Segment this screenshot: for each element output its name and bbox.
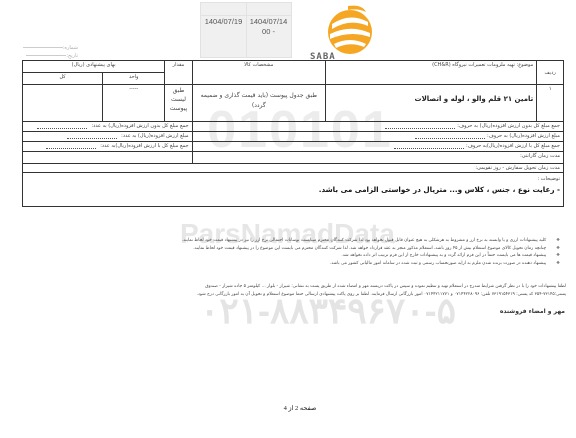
condition-item: پیشنهاد دهنده در صورت برنده شدن ملزم به … <box>20 260 560 268</box>
summary-label: جمع مبلغ کل بدون ارزش افزوده(ریال) به حر… <box>457 123 560 129</box>
summary-row: مبلغ ارزش افزوده(ریال) به حروف: مبلغ ارز… <box>23 132 564 142</box>
warranty-empty-cell <box>23 152 193 164</box>
condition-item: چنانچه زمان تحویل کالای موضوع استعلام بی… <box>20 245 560 253</box>
fill-line <box>37 128 87 129</box>
fill-line <box>415 138 485 139</box>
notes-label: توضیحات : <box>26 176 560 182</box>
summary-words-cell[interactable]: جمع مبلغ کل بدون ارزش افزوده(ریال) به حر… <box>192 122 563 132</box>
row-spec: طبق جدول پیوست (باید قیمت گذاری و ضمیمه … <box>192 85 325 122</box>
warranty-cell[interactable]: مدت زمان گارانتی: <box>192 152 563 164</box>
fill-line <box>46 148 96 149</box>
delivery-row: مدت زمان تحویل سفارش - روز تقویمی: <box>23 164 564 173</box>
table-header-row: ردیف موضوع: تهیه ملزومات تعمیرات نیروگاه… <box>23 61 564 73</box>
condition-item: کلیه پیشنهادات ارزی و یا وابسته به نرخ ا… <box>20 237 560 245</box>
summary-label: جمع مبلغ کل با ارزش افزوده(ریال)به حروف: <box>466 143 560 149</box>
notes-row: توضیحات : - رعایت نوع ، جنس ، کلاس و... … <box>23 173 564 207</box>
summary-number-cell[interactable]: مبلغ ارزش افزوده(ریال) به عدد: <box>23 132 193 142</box>
conditions-list: کلیه پیشنهادات ارزی و یا وابسته به نرخ ا… <box>20 237 560 267</box>
row-qty: طبق لیست پیوست <box>165 85 192 122</box>
summary-label: جمع مبلغ کل بدون ارزش افزوده(ریال) به عد… <box>91 123 188 129</box>
row-title: تامین ۲۱ قلم والو ، لوله و اتصالات <box>326 85 537 122</box>
delivery-cell[interactable]: مدت زمان تحویل سفارش - روز تقویمی: <box>23 164 564 173</box>
header-qty: مقدار <box>165 61 192 85</box>
summary-words-cell[interactable]: جمع مبلغ کل با ارزش افزوده(ریال)به حروف: <box>192 142 563 152</box>
inquiry-table: ردیف موضوع: تهیه ملزومات تعمیرات نیروگاه… <box>22 60 564 207</box>
warranty-row: مدت زمان گارانتی: <box>23 152 564 164</box>
condition-item: پیشنهاد قیمت ها می بایست حتماً در این فر… <box>20 252 560 260</box>
fill-line <box>394 148 464 149</box>
summary-label: جمع مبلغ کل با ارزش افزوده(ریال)به عدد: <box>100 143 188 149</box>
fill-line <box>385 128 455 129</box>
header-price: بهای پیشنهادی (ریال) <box>23 61 165 73</box>
page-number: صفحه 2 از 4 <box>200 404 400 412</box>
instructions-line-1: لطفا پیشنهادات خود را با در نظر گرفتن شر… <box>20 283 566 291</box>
summary-label: مبلغ ارزش افزوده(ریال) به عدد: <box>121 133 188 139</box>
number-label: شماره: <box>63 45 78 51</box>
date-right: 1404/07/14 00 - <box>246 17 291 37</box>
summary-words-cell[interactable]: مبلغ ارزش افزوده(ریال) به حروف: <box>192 132 563 142</box>
header-subject: موضوع: تهیه ملزومات تعمیرات نیروگاه (CH&… <box>326 61 537 85</box>
number-line <box>23 47 63 48</box>
date-label: تاریخ: <box>66 53 78 59</box>
summary-number-cell[interactable]: جمع مبلغ کل با ارزش افزوده(ریال)به عدد: <box>23 142 193 152</box>
header-row-no: ردیف <box>537 61 564 85</box>
header-unit: واحد <box>103 73 165 85</box>
notes-text: - رعایت نوع ، جنس ، کلاس و... متریال در … <box>26 185 560 194</box>
seller-signature-label: مهر و امضاء فروشنده <box>20 308 565 315</box>
summary-row: جمع مبلغ کل با ارزش افزوده(ریال)به حروف:… <box>23 142 564 152</box>
summary-row: جمع مبلغ کل بدون ارزش افزوده(ریال) به حر… <box>23 122 564 132</box>
summary-label: مبلغ ارزش افزوده(ریال) به حروف: <box>487 133 560 139</box>
summary-number-cell[interactable]: جمع مبلغ کل بدون ارزش افزوده(ریال) به عد… <box>23 122 193 132</box>
date-box: 1404/07/19 1404/07/14 00 - <box>200 2 292 58</box>
row-number: ۱ <box>537 85 564 122</box>
submission-instructions: لطفا پیشنهادات خود را با در نظر گرفتن شر… <box>20 283 566 299</box>
table-row: ۱ تامین ۲۱ قلم والو ، لوله و اتصالات طبق… <box>23 85 564 122</box>
meta-number: شماره: <box>8 45 78 51</box>
date-line <box>26 55 66 56</box>
header-total: کل <box>23 73 103 85</box>
header-spec: مشخصات کالا <box>192 61 325 85</box>
date-left: 1404/07/19 <box>201 17 246 27</box>
fill-line <box>67 138 117 139</box>
row-total[interactable] <box>23 85 103 122</box>
notes-cell: توضیحات : - رعایت نوع ، جنس ، کلاس و... … <box>23 173 564 207</box>
instructions-line-2: پستی:۷۳۱۴۵-۳۵۴ کد پستی: ۷۳۱۹۱۵۴۳۱۹ تلفن:… <box>20 291 566 299</box>
row-unit: ----- <box>103 85 165 122</box>
meta-date: تاریخ: <box>8 53 78 59</box>
